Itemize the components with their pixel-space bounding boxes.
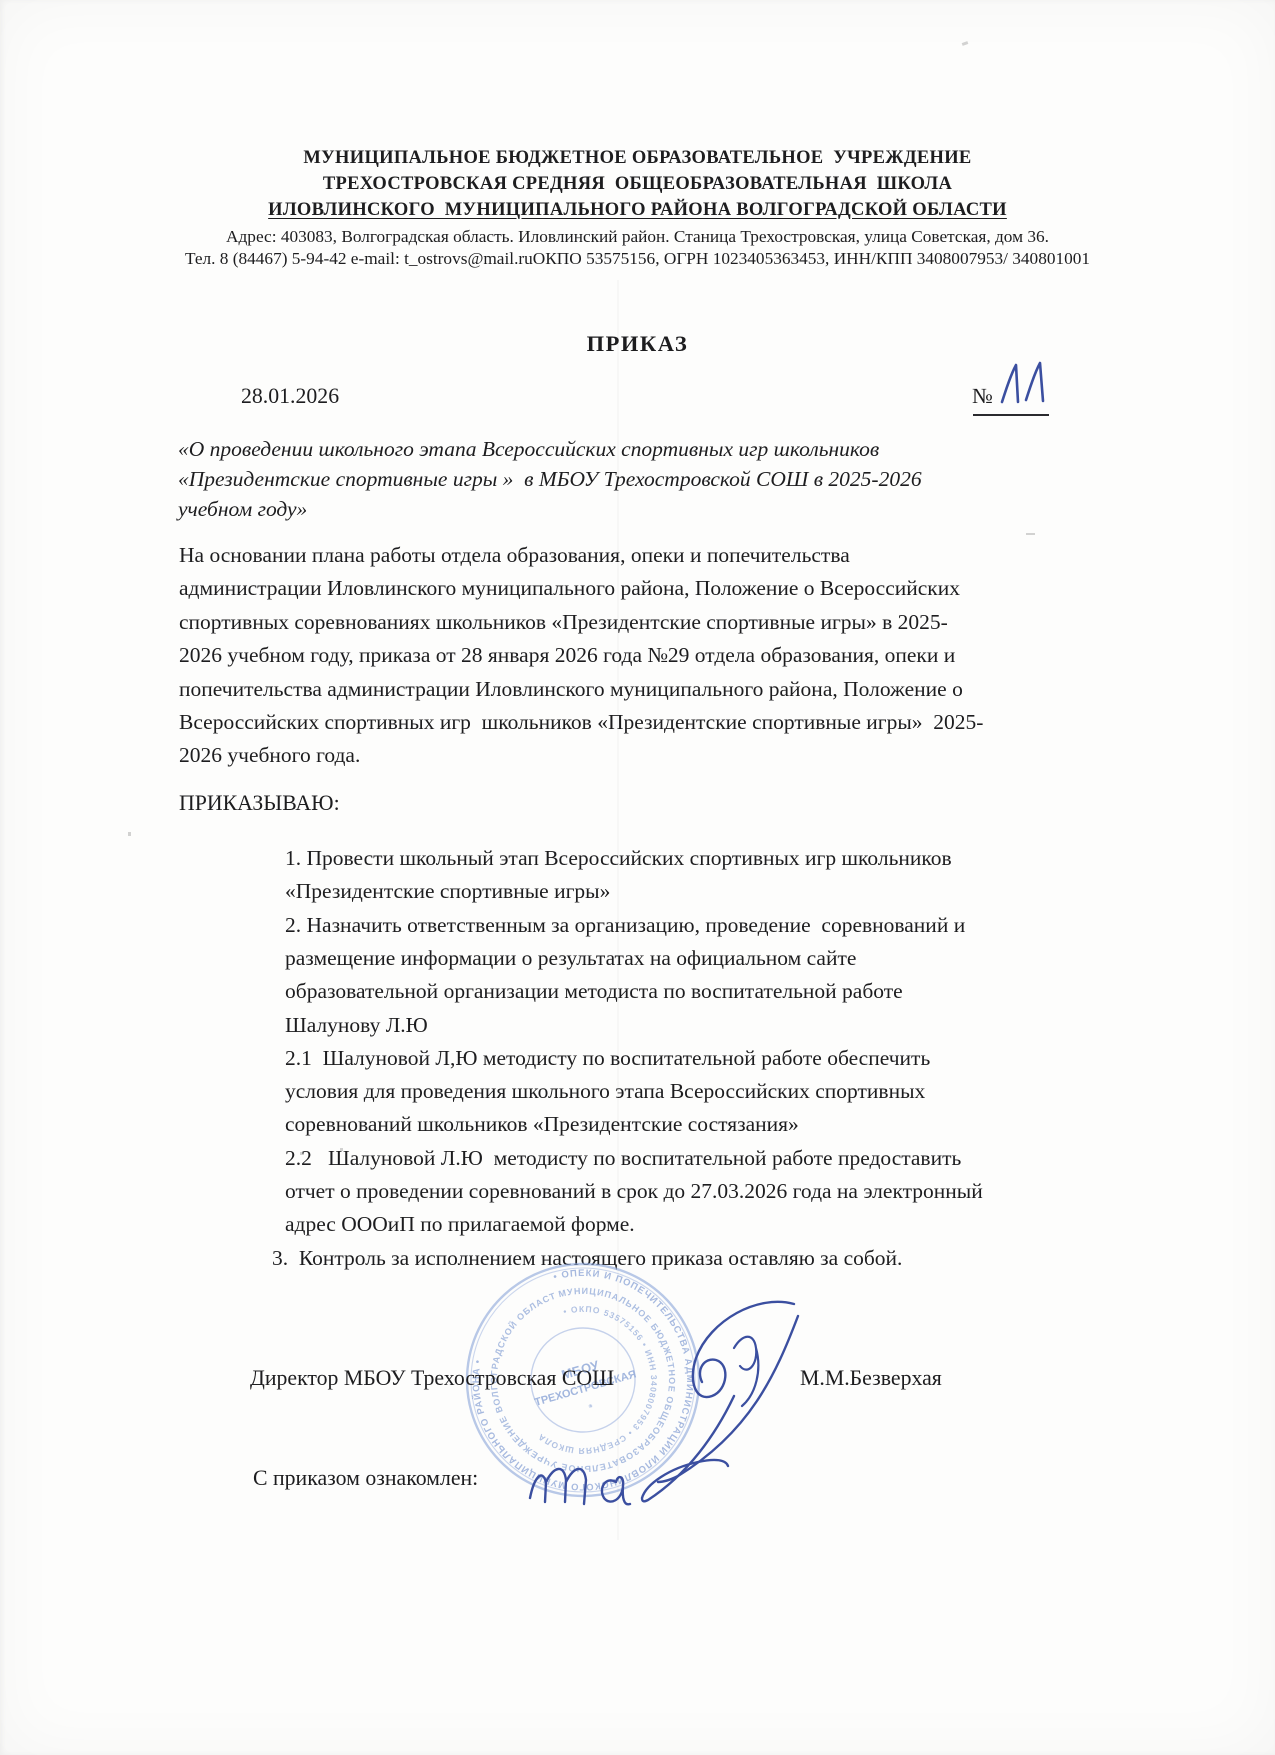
item-2-1-line: 2.1 Шалуновой Л,Ю методисту по воспитате… [285,1046,930,1071]
scan-speck [128,832,131,836]
order-word: ПРИКАЗЫВАЮ: [179,791,340,816]
order-number-label: № [972,384,993,409]
scan-speck [962,41,969,46]
item-1-line: 1. Провести школьный этап Всероссийских … [285,846,952,871]
item-2-1-line: условия для проведения школьного этапа В… [285,1079,925,1104]
acknowledgement-label: С приказом ознакомлен: [253,1466,478,1491]
org-name-line2: ТРЕХОСТРОВСКАЯ СРЕДНЯЯ ОБЩЕОБРАЗОВАТЕЛЬН… [0,174,1275,195]
org-contacts: Тел. 8 (84467) 5-94-42 e-mail: t_ostrovs… [0,249,1275,269]
item-1-line: «Президентские спортивные игры» [285,879,610,904]
item-2-line: 2. Назначить ответственным за организаци… [285,913,965,938]
scan-speck [1026,533,1035,535]
order-date: 28.01.2026 [241,384,339,409]
item-2-line: Шалунову Л.Ю [285,1013,428,1038]
org-name-line1: МУНИЦИПАЛЬНОЕ БЮДЖЕТНОЕ ОБРАЗОВАТЕЛЬНОЕ … [0,148,1275,169]
item-2-2-line: отчет о проведении соревнований в срок д… [285,1179,983,1204]
org-name-line3: ИЛОВЛИНСКОГО МУНИЦИПАЛЬНОГО РАЙОНА ВОЛГО… [0,200,1275,221]
scanned-order-document: МУНИЦИПАЛЬНОЕ БЮДЖЕТНОЕ ОБРАЗОВАТЕЛЬНОЕ … [0,0,1275,1755]
order-number-underline [973,414,1049,416]
item-2-2-line: адрес ОООиП по прилагаемой форме. [285,1212,635,1237]
acknowledgement-signature [520,1390,790,1515]
item-2-line: размещение информации о результатах на о… [285,946,856,971]
item-2-line: образовательной организации методиста по… [285,979,903,1004]
handwritten-order-number [996,356,1056,418]
org-address: Адрес: 403083, Волгоградская область. Ил… [0,227,1275,247]
document-title: ПРИКАЗ [0,331,1275,357]
signature-name: М.М.Безверхая [800,1366,942,1391]
item-2-2-line: 2.2 Шалуновой Л.Ю методисту по воспитате… [285,1146,961,1171]
item-2-1-line: соревнований школьников «Президентские с… [285,1112,799,1137]
signature-role: Директор МБОУ Трехостровская СОШ [250,1366,614,1391]
